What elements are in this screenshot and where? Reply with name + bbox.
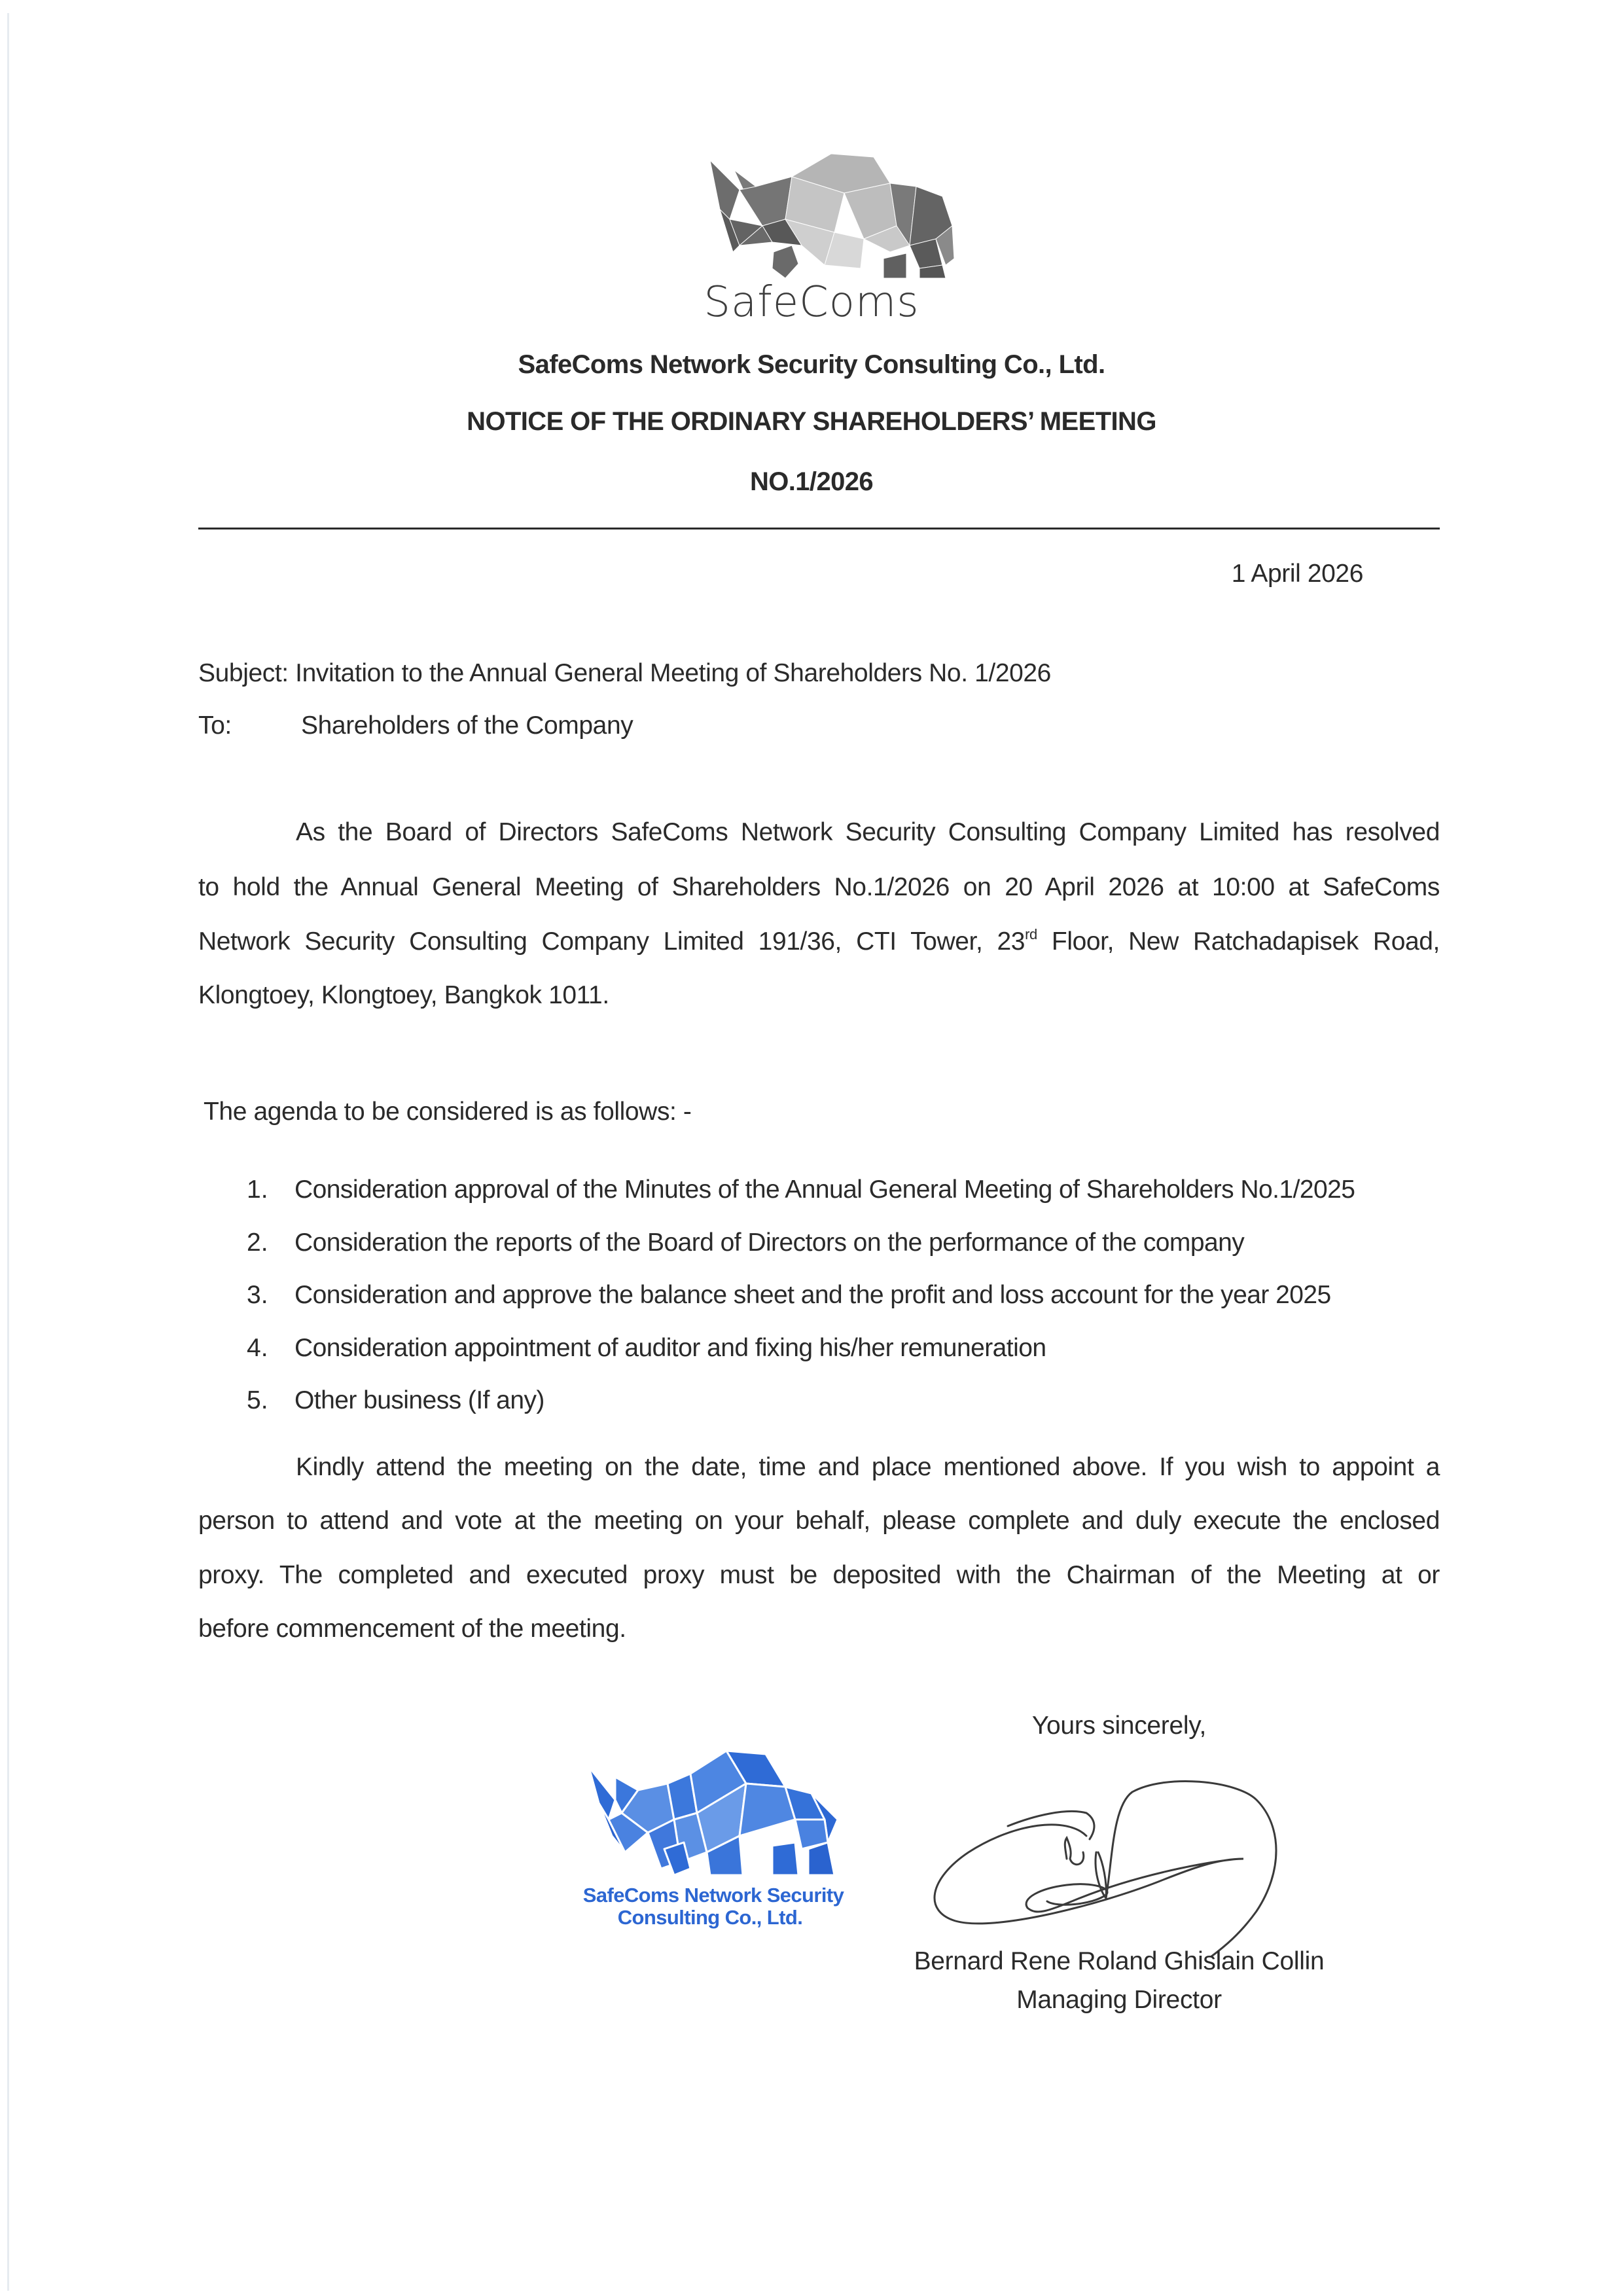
company-name: SafeComs Network Security Consulting Co.… bbox=[0, 350, 1623, 380]
agenda-item: Other business (If any) bbox=[294, 1386, 544, 1415]
agenda-item: Consideration and approve the balance sh… bbox=[294, 1281, 1331, 1310]
intro-line3-tail: Floor, New Ratchadapisek Road, bbox=[1037, 927, 1440, 956]
closing-paragraph-line: person to attend and vote at the meeting… bbox=[198, 1507, 1440, 1535]
recipient-text: Shareholders of the Company bbox=[301, 711, 633, 740]
agenda-item-number: 5. bbox=[247, 1386, 268, 1415]
signatory-name: Bernard Rene Roland Ghislain Collin bbox=[851, 1947, 1387, 1976]
intro-paragraph-line: As the Board of Directors SafeComs Netwo… bbox=[296, 818, 1440, 847]
handwritten-signature-icon bbox=[916, 1761, 1335, 1957]
agenda-intro: The agenda to be considered is as follow… bbox=[204, 1098, 692, 1126]
letter-date: 1 April 2026 bbox=[1232, 560, 1363, 588]
subject-label: Subject: bbox=[198, 659, 289, 687]
notice-number: NO.1/2026 bbox=[0, 467, 1623, 497]
closing-paragraph-line: Kindly attend the meeting on the date, t… bbox=[296, 1453, 1440, 1482]
signatory-title: Managing Director bbox=[851, 1986, 1387, 2015]
agenda-item: Consideration approval of the Minutes of… bbox=[294, 1175, 1355, 1204]
agenda-item: Consideration appointment of auditor and… bbox=[294, 1334, 1046, 1363]
agenda-item: Consideration the reports of the Board o… bbox=[294, 1229, 1244, 1257]
recipient-label: To: bbox=[198, 711, 232, 740]
agenda-item-number: 3. bbox=[247, 1281, 268, 1310]
subject-text: Invitation to the Annual General Meeting… bbox=[295, 659, 1051, 687]
floor-ordinal-suffix: rd bbox=[1025, 926, 1037, 942]
stamp-text-line1: SafeComs Network Security bbox=[576, 1884, 851, 1907]
closing-paragraph-line: proxy. The completed and executed proxy … bbox=[198, 1561, 1440, 1590]
stamp-text-line2: Consulting Co., Ltd. bbox=[573, 1906, 847, 1929]
logo-wordmark: SafeComs bbox=[0, 278, 1623, 327]
agenda-item-number: 4. bbox=[247, 1334, 268, 1363]
agenda-item-number: 2. bbox=[247, 1229, 268, 1257]
intro-paragraph-line: Network Security Consulting Company Limi… bbox=[198, 927, 1440, 956]
rhino-logo-icon bbox=[694, 147, 955, 291]
subject-line: Subject: Invitation to the Annual Genera… bbox=[198, 659, 1051, 688]
notice-title: NOTICE OF THE ORDINARY SHAREHOLDERS’ MEE… bbox=[0, 407, 1623, 437]
intro-line3-head: Network Security Consulting Company Limi… bbox=[198, 927, 1025, 956]
header-divider bbox=[198, 528, 1440, 529]
closing-paragraph-line: before commencement of the meeting. bbox=[198, 1615, 626, 1643]
salutation: Yours sincerely, bbox=[851, 1712, 1387, 1740]
intro-paragraph-line: Klongtoey, Klongtoey, Bangkok 1011. bbox=[198, 981, 609, 1010]
intro-paragraph-line: to hold the Annual General Meeting of Sh… bbox=[198, 873, 1440, 902]
agenda-item-number: 1. bbox=[247, 1175, 268, 1204]
